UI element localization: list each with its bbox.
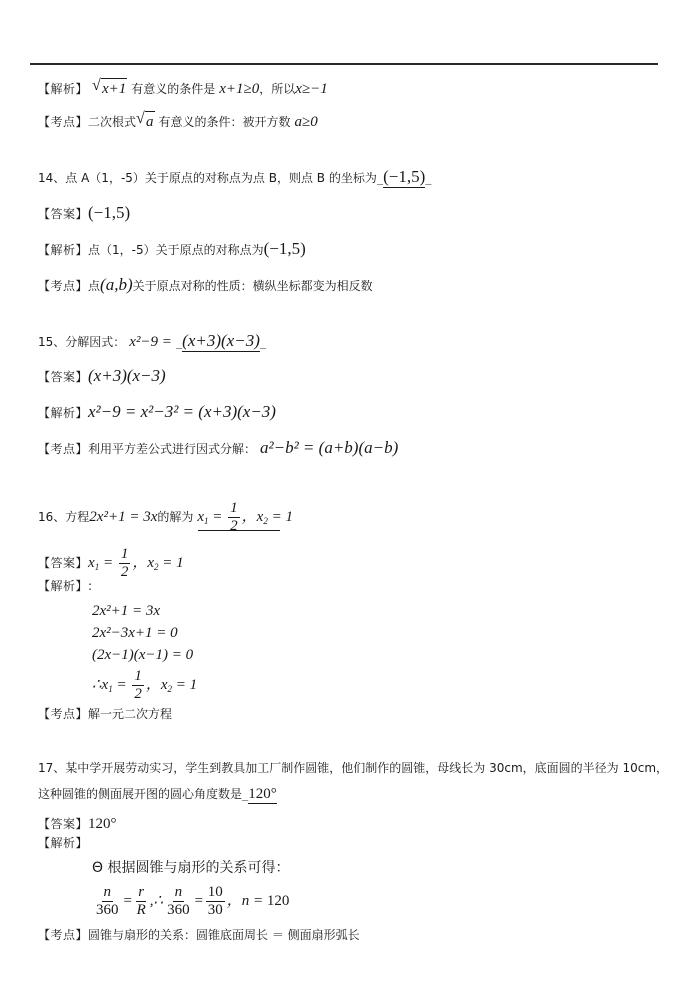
q15-analysis: 【解析】x²−9 = x²−3² = (x+3)(x−3): [38, 402, 276, 423]
q16-analysis-label: 【解析】:: [38, 576, 93, 596]
answer-tag: 【答案】: [38, 556, 88, 570]
q17-analysis-label: 【解析】: [38, 833, 88, 853]
q17-analysis-line-1: Θ 根据圆锥与扇形的关系可得：: [92, 858, 289, 878]
question-number: 17、: [38, 761, 65, 775]
analysis-tag: 【解析】: [38, 406, 88, 420]
point-tag: 【考点】: [38, 115, 88, 129]
q14-point: 【考点】点(a,b)关于原点对称的性质：横纵坐标都变为相反数: [38, 275, 373, 296]
q17-stem-line-2: 这种圆锥的侧面展开图的圆心角度数是_120°: [38, 784, 277, 804]
point-tag: 【考点】: [38, 442, 88, 456]
q16-step-1: 2x²+1 = 3x: [92, 601, 160, 621]
question-number: 15、: [38, 335, 65, 349]
analysis-tag: 【解析】: [38, 82, 88, 96]
q16-step-3: (2x−1)(x−1) = 0: [92, 645, 193, 665]
sqrt-expression: a: [136, 111, 155, 132]
q17-answer: 【答案】120°: [38, 814, 117, 834]
q15-answer: 【答案】(x+3)(x−3): [38, 366, 166, 387]
q17-point: 【考点】圆锥与扇形的关系：圆锥底面周长 ＝ 侧面扇形弧长: [38, 925, 360, 945]
answer-tag: 【答案】: [38, 207, 88, 221]
blank-answer: (x+3)(x−3): [182, 331, 260, 352]
point-tag: 【考点】: [38, 928, 88, 942]
q16-step-2: 2x²−3x+1 = 0: [92, 623, 178, 643]
q14-analysis: 【解析】点（1，-5）关于原点的对称点为(−1,5): [38, 239, 306, 260]
question-number: 16、: [38, 510, 65, 524]
q14-answer: 【答案】(−1,5): [38, 203, 130, 224]
answer-underline: [198, 530, 280, 531]
analysis-tag: 【解析】:: [38, 579, 93, 593]
sqrt-expression: x+1: [92, 78, 127, 99]
blank-answer: 120°: [248, 786, 277, 804]
header-rule: [30, 63, 658, 65]
q17-analysis-expr: n360=rR,∴n360=1030，n = 120: [92, 884, 289, 919]
analysis-tag: 【解析】: [38, 243, 88, 257]
q14-stem: 14、点 A（1，-5）关于原点的对称点为点 B，则点 B 的坐标为_(−1,5…: [38, 167, 432, 188]
blank-answer: x1 = 12，x2 = 1: [197, 509, 293, 525]
answer-tag: 【答案】: [38, 370, 88, 384]
point-tag: 【考点】: [38, 707, 88, 721]
q16-point: 【考点】解一元二次方程: [38, 704, 172, 724]
question-number: 14、: [38, 171, 65, 185]
q16-step-4: ∴x1 = 12，x2 = 1: [92, 668, 197, 703]
point-tag: 【考点】: [38, 279, 88, 293]
q15-stem: 15、分解因式： x²−9 = _(x+3)(x−3)_: [38, 331, 266, 352]
q13-analysis: 【解析】 x+1 有意义的条件是 x+1≥0，所以x≥−1: [38, 78, 328, 99]
q17-stem-line-1: 17、某中学开展劳动实习，学生到教具加工厂制作圆锥，他们制作的圆锥，母线长为 3…: [38, 758, 668, 778]
q13-point: 【考点】二次根式a 有意义的条件：被开方数 a≥0: [38, 111, 318, 132]
answer-tag: 【答案】: [38, 817, 88, 831]
q15-point: 【考点】利用平方差公式进行因式分解： a²−b² = (a+b)(a−b): [38, 438, 398, 459]
blank-answer: (−1,5): [383, 167, 425, 188]
analysis-tag: 【解析】: [38, 836, 88, 850]
